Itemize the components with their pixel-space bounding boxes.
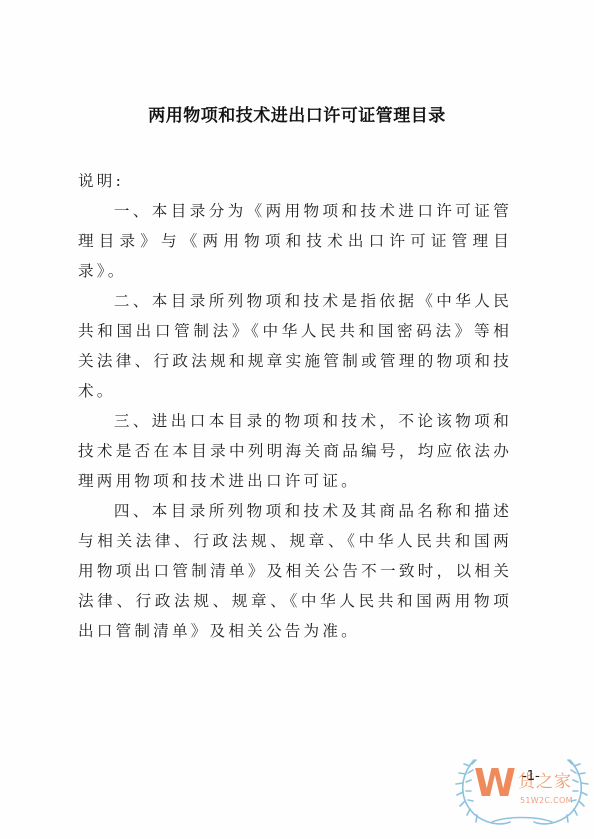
paragraph-3: 三、进出口本目录的物项和技术，不论该物项和技术是否在本目录中列明海关商品编号，均… bbox=[78, 406, 512, 496]
watermark-url: 51W2C.COM bbox=[520, 797, 573, 805]
document-body: 说明: 一、本目录分为《两用物项和技术进口许可证管理目录》与《两用物项和技术出口… bbox=[78, 166, 512, 646]
paragraph-4: 四、本目录所列物项和技术及其商品名称和描述与相关法律、行政法规、规章、《中华人民… bbox=[78, 496, 512, 646]
document-page: 两用物项和技术进出口许可证管理目录 说明: 一、本目录分为《两用物项和技术进口许… bbox=[0, 0, 594, 839]
watermark-letter: W bbox=[474, 764, 514, 802]
document-title: 两用物项和技术进出口许可证管理目录 bbox=[0, 101, 594, 126]
laurel-wreath-icon bbox=[452, 752, 592, 832]
paragraph-2: 二、本目录所列物项和技术是指依据《中华人民共和国出口管制法》《中华人民共和国密码… bbox=[78, 286, 512, 406]
paragraph-1: 一、本目录分为《两用物项和技术进口许可证管理目录》与《两用物项和技术出口许可证管… bbox=[78, 196, 512, 286]
page-number: -1- bbox=[522, 769, 540, 784]
watermark-logo: W 货之家 51W2C.COM bbox=[452, 752, 592, 832]
explanation-label: 说明: bbox=[78, 166, 512, 196]
